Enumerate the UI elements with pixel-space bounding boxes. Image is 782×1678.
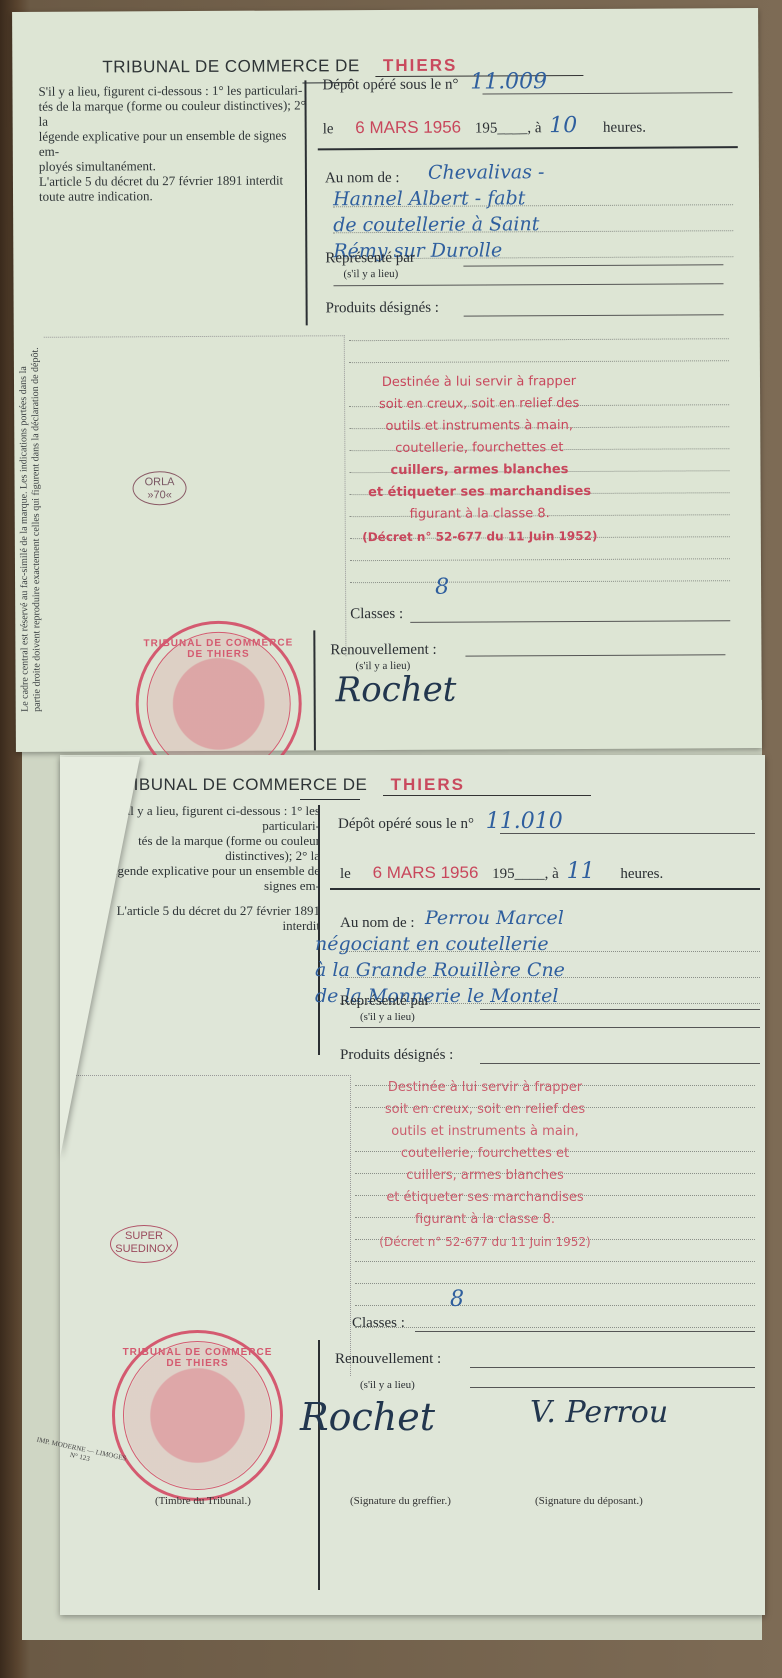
- clerk-signature: Rochet: [336, 670, 457, 711]
- legal-notice: S'il y a lieu, figurent ci-dessous : 1° …: [38, 82, 309, 203]
- caption-tribunal-stamp: (Timbre du Tribunal.): [155, 1495, 251, 1507]
- hour: 11: [567, 859, 595, 884]
- represented-by-field: Représenté par: [340, 993, 430, 1010]
- tribunal-seal: TRIBUNAL DE COMMERCE DE THIERS: [112, 1330, 283, 1501]
- trademark-form-11010: TRIBUNAL DE COMMERCE DE THIERS S'il y a …: [60, 755, 765, 1615]
- classes-field: Classes :: [352, 1315, 405, 1332]
- caption-depositor-signature: (Signature du déposant.): [535, 1495, 643, 1507]
- mark-facsimile-frame: [44, 335, 347, 658]
- form-title: TRIBUNAL DE COMMERCE DE THIERS: [110, 775, 591, 796]
- clerk-signature: Rochet: [300, 1395, 435, 1439]
- mark-orla-70: ORLA »70«: [132, 471, 186, 505]
- depositor-signature: V. Perrou: [530, 1395, 668, 1430]
- depot-number: 11.010: [486, 809, 563, 834]
- date-stamp: 6 MARS 1956: [373, 863, 479, 882]
- trademark-form-11009: TRIBUNAL DE COMMERCE DE THIERS S'il y a …: [12, 8, 762, 752]
- city-stamp: THIERS: [383, 775, 591, 796]
- products-stamp: Destinée à lui servir à frapper soit en …: [359, 371, 600, 548]
- caption-clerk-signature: (Signature du greffier.): [350, 1495, 451, 1507]
- hour: 10: [549, 113, 577, 138]
- products-field: Produits désignés :: [340, 1047, 453, 1064]
- mark-super-suedinox: SUPER SUEDINOX: [110, 1225, 178, 1263]
- folded-corner: [60, 757, 140, 1157]
- margin-notice: Le cadre central est réservé au fac-simi…: [18, 347, 44, 712]
- classes-field: Classes :: [350, 606, 403, 623]
- depot-number-field: Dépôt opéré sous le n° 11.009: [322, 69, 547, 95]
- renewal-field: Renouvellement :: [335, 1351, 441, 1368]
- products-field: Produits désignés :: [326, 300, 439, 318]
- class-value: 8: [435, 575, 449, 600]
- date-field: le 6 MARS 1956 195____, à 11 heures.: [340, 859, 663, 884]
- depositor-name: Chevalivas - Hannel Albert - fabt de cou…: [333, 159, 545, 264]
- depot-number: 11.009: [470, 69, 547, 94]
- represented-by-field: Représenté par: [325, 250, 415, 267]
- date-field: le 6 MARS 1956 195____, à 10 heures.: [323, 113, 646, 140]
- renewal-field: Renouvellement :: [330, 642, 436, 660]
- date-stamp: 6 MARS 1956: [355, 118, 461, 138]
- depot-number-field: Dépôt opéré sous le n° 11.010: [338, 809, 563, 834]
- products-stamp: Destinée à lui servir à frapper soit en …: [365, 1077, 605, 1253]
- class-value: 8: [450, 1287, 464, 1312]
